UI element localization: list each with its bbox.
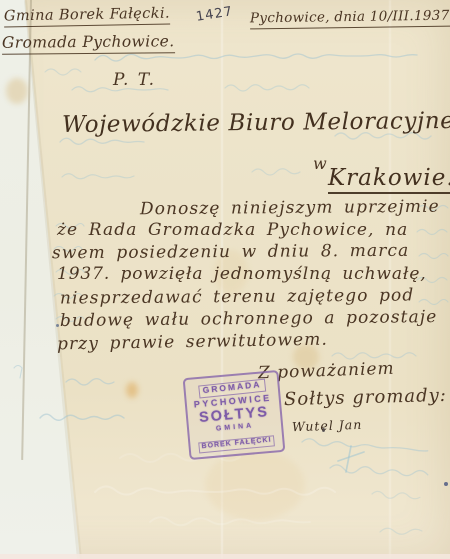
addressee-name: Wojewódzkie Biuro Meloracyjne	[62, 110, 450, 137]
body-line: 1937. powzięła jednomyślną uchwałę,	[57, 266, 427, 283]
body-line: niesprzedawać terenu zajętego pod	[60, 287, 414, 307]
body-line: swem posiedzeniu w dniu 8. marca	[52, 243, 409, 262]
scanned-letter-page: Gmina Borek Fałęcki. Gromada Pychowice. …	[0, 0, 450, 559]
salutation: P. T.	[113, 72, 156, 89]
signature: Wutel Jan	[292, 419, 363, 434]
stamp-line-borek-falecki: BOREK FAŁĘCKI	[198, 436, 275, 454]
body-line: że Rada Gromadzka Pychowice, na	[57, 222, 408, 239]
signer-title: Sołtys gromady:	[284, 387, 447, 409]
sender-gromada-line: Gromada Pychowice.	[2, 34, 175, 54]
body-line: Donoszę niniejszym uprzejmie	[140, 199, 440, 219]
body-line: budowę wału ochronnego a pozostaje	[60, 309, 438, 330]
sender-gmina-line: Gmina Borek Fałęcki.	[4, 7, 170, 27]
dateline: Pychowice, dnia 10/III.1937.	[250, 10, 450, 29]
addressee-city: Krakowie.	[328, 167, 450, 194]
addressee-preposition: w	[313, 156, 327, 172]
body-line: przy prawie serwitutowem.	[57, 332, 328, 354]
official-stamp: GROMADA PYCHOWICE SOŁTYS GMINA BOREK FAŁ…	[183, 370, 286, 460]
